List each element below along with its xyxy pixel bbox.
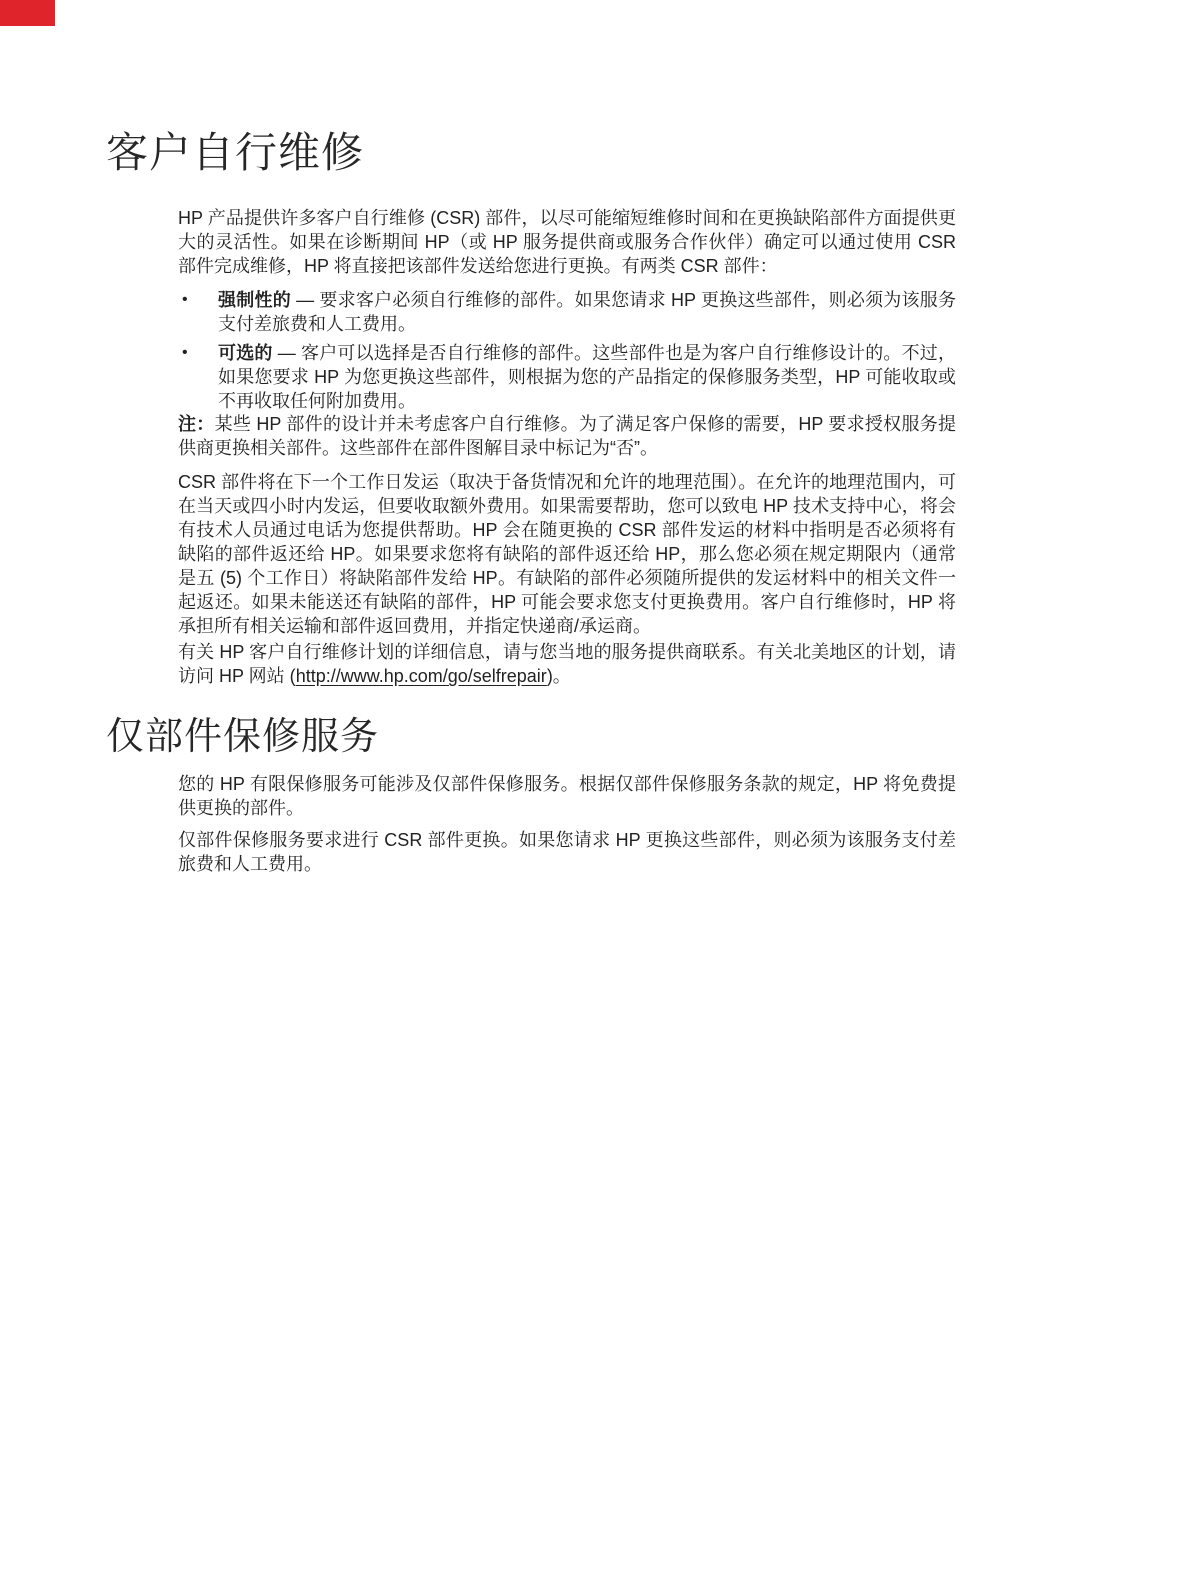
hp-selfrepair-link[interactable]: http://www.hp.com/go/selfrepair: [296, 666, 547, 686]
paragraph-note: 注：某些 HP 部件的设计并未考虑客户自行维修。为了满足客户保修的需要，HP 要…: [178, 412, 956, 460]
document-page: 客户自行维修 HP 产品提供许多客户自行维修 (CSR) 部件，以尽可能缩短维修…: [0, 0, 1190, 1584]
paragraph-csr-intro: HP 产品提供许多客户自行维修 (CSR) 部件，以尽可能缩短维修时间和在更换缺…: [178, 206, 956, 278]
optional-description: — 客户可以选择是否自行维修的部件。这些部件也是为客户自行维修设计的。不过，如果…: [218, 343, 956, 411]
list-item-mandatory: • 强制性的 — 要求客户必须自行维修的部件。如果您请求 HP 更换这些部件，则…: [178, 288, 956, 336]
paragraph-csr-shipping: CSR 部件将在下一个工作日发运（取决于备货情况和允许的地理范围）。在允许的地理…: [178, 470, 956, 638]
csr-types-list: • 强制性的 — 要求客户必须自行维修的部件。如果您请求 HP 更换这些部件，则…: [178, 288, 956, 413]
bullet-icon: •: [182, 288, 188, 312]
paragraph-parts-only-intro: 您的 HP 有限保修服务可能涉及仅部件保修服务。根据仅部件保修服务条款的规定，H…: [178, 772, 956, 820]
paragraph-more-info: 有关 HP 客户自行维修计划的详细信息，请与您当地的服务提供商联系。有关北美地区…: [178, 640, 956, 688]
red-corner-mark: [0, 0, 55, 26]
list-item-optional: • 可选的 — 客户可以选择是否自行维修的部件。这些部件也是为客户自行维修设计的…: [178, 341, 956, 413]
note-text: 某些 HP 部件的设计并未考虑客户自行维修。为了满足客户保修的需要，HP 要求授…: [178, 414, 956, 458]
paragraph-parts-only-csr: 仅部件保修服务要求进行 CSR 部件更换。如果您请求 HP 更换这些部件，则必须…: [178, 828, 956, 876]
more-info-text-after-link: )。: [547, 666, 571, 686]
section-title-parts-only-warranty: 仅部件保修服务: [106, 714, 379, 760]
note-label: 注：: [178, 414, 215, 434]
bullet-icon: •: [182, 341, 188, 365]
mandatory-term: 强制性的: [218, 290, 291, 310]
section-title-customer-self-repair: 客户自行维修: [106, 128, 364, 178]
optional-term: 可选的: [218, 343, 273, 363]
mandatory-description: — 要求客户必须自行维修的部件。如果您请求 HP 更换这些部件，则必须为该服务支…: [218, 290, 956, 334]
